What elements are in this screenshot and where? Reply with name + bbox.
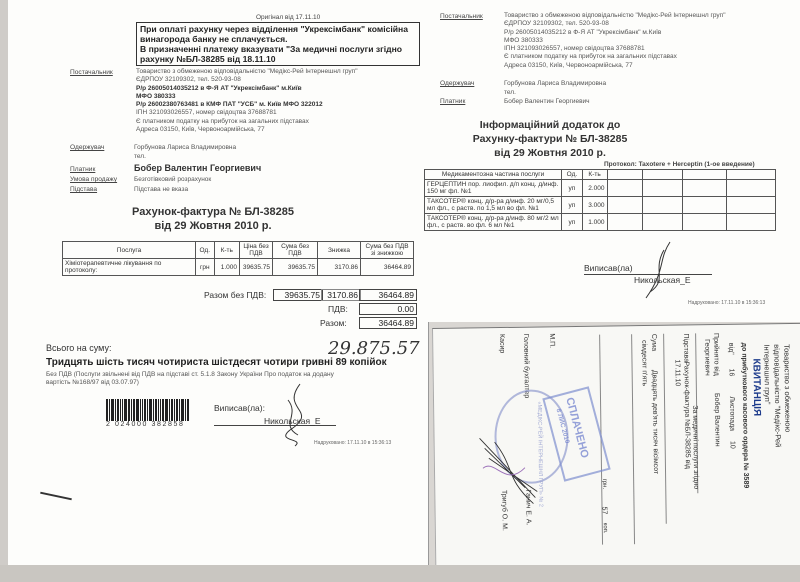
receipt-sheet: Товариство з обмеженою відповідальністю … <box>432 323 800 571</box>
cashier-label: Касир <box>498 334 505 353</box>
basis-label: Підстава <box>70 186 97 193</box>
recipient-label: Одержувач <box>70 144 104 151</box>
paid-stamp-text: СПЛАЧЕНО <box>563 396 591 459</box>
payer-label: Платник <box>70 166 95 173</box>
supplier-account-1: Р/р 26005014035212 в Ф-Я АТ "Укрексімбан… <box>136 85 426 93</box>
terms-label: Умова продажу <box>70 176 117 183</box>
cell-empty <box>607 214 643 231</box>
scan-left-edge <box>0 0 8 582</box>
supplier-details: Товариство з обмеженою відповідальністю … <box>136 68 426 134</box>
notice-line-4: рахунку №БЛ-38285 від 18.11.10 <box>140 54 416 64</box>
col-sum: Сума без ПДВ <box>273 242 318 259</box>
cell-medication: ТАКСОТЕР® конц. д/р-ра д/инф. 20 мг/0,5 … <box>425 197 562 214</box>
pen-mark <box>40 492 72 501</box>
sum-words-1: Двадцять дев'ять тисяч вісімсот <box>651 370 659 474</box>
appendix-supplier-edrpou: ЄДРПОУ 32109302, тел. 520-93-08 <box>504 20 794 28</box>
barcode-bars <box>106 399 190 421</box>
vat-value: 0.00 <box>359 303 417 315</box>
appendix-title-line-3: від 29 Жовтня 2010 р. <box>450 146 650 160</box>
appendix-title-line-1: Інформаційний додаток до <box>450 118 650 132</box>
signature-scribble <box>270 380 320 450</box>
issued-label: Виписав(ла): <box>214 403 265 413</box>
col-unit: Од. <box>562 170 583 180</box>
payment-notice: При оплаті рахунку через відділення "Укр… <box>136 22 420 66</box>
col-qty: К-ть <box>214 242 239 259</box>
notice-line-1: При оплаті рахунку через відділення "Укр… <box>140 24 416 34</box>
col-service: Послуга <box>63 242 196 259</box>
cell-unit: уп <box>562 180 583 197</box>
appendix-supplier-address: Адреса 03150, Київ, Червоноармійська, 77 <box>504 62 794 70</box>
received-from-1: Бобер Валентин <box>713 393 721 447</box>
receipt-divider <box>663 334 667 524</box>
date-month: Листопада <box>728 396 735 431</box>
col-empty-4 <box>727 170 776 180</box>
cell-qty: 1.000 <box>214 259 239 276</box>
col-price: Ціна без ПДВ <box>240 242 273 259</box>
supplier-name: Товариство з обмеженою відповідальністю … <box>136 68 426 76</box>
table-row: ТАКСОТЕР® конц. д/р-ра д/инф. 20 мг/0,5 … <box>425 197 776 214</box>
col-sum-discounted: Сума без ПДВ зі знижкою <box>361 242 414 259</box>
appendix-supplier-label: Постачальник <box>440 13 483 20</box>
sum-words-2: сімдесят п'ять <box>640 340 648 386</box>
barcode: 2 024000 382858 <box>106 399 190 428</box>
payer-name: Бобер Валентин Георгиевич <box>134 163 261 173</box>
subtotal-label: Разом без ПДВ: <box>204 290 266 300</box>
cell-medication: ТАКСОТЕР® конц. д/р-ра д/инф. 80 мг/2 мл… <box>425 214 562 231</box>
cell-empty <box>643 180 683 197</box>
invoice-date: від 29 Жовтня 2010 р. <box>98 219 328 233</box>
appendix-recipient-label: Одержувач <box>440 80 474 87</box>
appendix-payer-label: Платник <box>440 98 465 105</box>
notice-line-3: В призначенні платежу вказувати "За меди… <box>140 44 416 54</box>
invoice-sheet: Оригінал від 17.11.10 При оплаті рахунку… <box>8 0 428 572</box>
supplier-ipn: ІПН 321093026557, номер свідоцтва 376887… <box>136 109 426 117</box>
basis-line-2: Рахунок-фактура №БЛ-38285 від <box>682 361 691 469</box>
recipient-name: Горбунова Лариса Владимировна <box>134 144 236 152</box>
receipt-company-3: Інтернешнл груп" <box>762 344 772 404</box>
cell-sum: 39635.75 <box>273 259 318 276</box>
cell-qty: 2.000 <box>582 180 607 197</box>
total-label: Разом: <box>320 318 347 328</box>
col-empty-2 <box>643 170 683 180</box>
cell-unit: грн <box>196 259 215 276</box>
vat-note: Без ПДВ (Послуги звільнені від ПДВ на пі… <box>46 371 386 388</box>
subtotal-discount: 3170.86 <box>321 289 361 301</box>
terms-value: Безготівковий розрахунок <box>134 176 211 184</box>
table-row: Хіміотерапевтичне лікування по протоколу… <box>63 259 414 276</box>
cell-empty <box>643 214 683 231</box>
basis-label: Підстава <box>682 333 689 362</box>
receipt-company-2: відповідальністю "Медікс-Рей <box>772 344 782 447</box>
receipt-signatures <box>474 427 545 508</box>
supplier-address: Адреса 03150, Київ, Червоноармійська, 77 <box>136 126 426 134</box>
stamp-place-label: М.П. <box>548 333 555 348</box>
appendix-supplier-details: Товариство з обмеженою відповідальністю … <box>504 12 794 70</box>
appendix-table-header: Медикаментозна частина послуги Од. К-ть <box>425 170 776 180</box>
accountant-label: Головний бухгалтер <box>522 334 530 399</box>
cell-empty <box>607 180 643 197</box>
vat-note-line-2: вартість №168/97 від 03.07.97) <box>46 379 386 387</box>
appendix-supplier-account: Р/р 26005014035212 в Ф-Я АТ "Укрексімбан… <box>504 29 794 37</box>
cell-discount: 3170.86 <box>318 259 361 276</box>
cell-qty: 3.000 <box>582 197 607 214</box>
supplier-tax-status: Є платником податку на прибуток на загал… <box>136 118 426 126</box>
invoice-number: Рахунок-фактура № БЛ-38285 <box>98 205 328 219</box>
cell-price: 39635.75 <box>240 259 273 276</box>
appendix-supplier-name: Товариство з обмеженою відповідальністю … <box>504 12 794 20</box>
received-from-2: Георгиевич <box>703 339 711 376</box>
basis-value: Підстава не вказа <box>134 186 188 194</box>
cell-unit: уп <box>562 214 583 231</box>
sum-in-words: Тридцять шість тисяч чотириста шістдесят… <box>46 357 387 368</box>
col-medication: Медикаментозна частина послуги <box>425 170 562 180</box>
cell-unit: уп <box>562 197 583 214</box>
supplier-edrpou: ЄДРПОУ 32109302, тел. 520-93-08 <box>136 76 426 84</box>
notice-line-2: винагорода банку не сплачується. <box>140 34 416 44</box>
appendix-title-line-2: Рахунку-фактури № БЛ-38285 <box>450 132 650 146</box>
invoice-table-header: Послуга Од. К-ть Ціна без ПДВ Сума без П… <box>63 242 414 259</box>
total-value: 36464.89 <box>359 317 417 329</box>
receipt-date: від" 16 Листопада 10 <box>727 343 735 449</box>
cell-empty <box>683 197 727 214</box>
invoice-title: Рахунок-фактура № БЛ-38285 від 29 Жовтня… <box>98 205 328 233</box>
recipient-tel: тел. <box>134 153 146 161</box>
appendix-recipient-tel: тел. <box>504 89 516 97</box>
receipt-order-line: до прибуткового касового ордера № 3589 <box>740 343 749 489</box>
date-prefix: від" <box>727 343 734 355</box>
col-discount: Знижка <box>318 242 361 259</box>
appendix-printed-timestamp: Надруковано: 17.11.10 в 15:36:13 <box>688 300 765 306</box>
col-qty: К-ть <box>582 170 607 180</box>
barcode-number: 2 024000 382858 <box>106 421 190 428</box>
col-unit: Од. <box>196 242 215 259</box>
appendix-sheet: Постачальник Товариство з обмеженою відп… <box>420 0 800 322</box>
supplier-mfo: МФО 380333 <box>136 93 426 101</box>
cell-empty <box>607 197 643 214</box>
basis-line-3: 17.11.10 <box>673 360 680 387</box>
appendix-title: Інформаційний додаток до Рахунку-фактури… <box>450 118 650 160</box>
invoice-table: Послуга Од. К-ть Ціна без ПДВ Сума без П… <box>62 241 414 276</box>
supplier-label: Постачальник <box>70 69 113 76</box>
cell-empty <box>683 180 727 197</box>
cell-empty <box>683 214 727 231</box>
appendix-issued-label: Виписав(ла) <box>584 263 633 273</box>
printed-timestamp: Надруковано: 17.11.10 в 15:36:13 <box>314 440 391 446</box>
col-empty-1 <box>607 170 643 180</box>
cell-empty <box>727 180 776 197</box>
appendix-signature-scribble <box>638 240 678 300</box>
cell-service: Хіміотерапевтичне лікування по протоколу… <box>63 259 196 276</box>
table-row: ТАКСОТЕР® конц. д/р-ра д/инф. 80 мг/2 мл… <box>425 214 776 231</box>
subtotal-total: 36464.89 <box>359 289 417 301</box>
handwritten-sum: 29.875.57 <box>328 338 420 359</box>
cell-empty <box>727 197 776 214</box>
appendix-recipient: Горбунова Лариса Владимировна <box>504 80 606 88</box>
receipt-divider <box>631 334 635 544</box>
cell-empty <box>727 214 776 231</box>
date-year: 10 <box>729 441 736 449</box>
sum-label: Всього на суму: <box>46 343 111 353</box>
cell-qty: 1.000 <box>582 214 607 231</box>
protocol-line: Протокол: Taxotere + Herceptin (1-ое вве… <box>604 161 755 168</box>
appendix-table: Медикаментозна частина послуги Од. К-ть … <box>424 169 776 231</box>
appendix-payer: Бобер Валентин Георгиевич <box>504 98 590 106</box>
vat-label: ПДВ: <box>328 304 348 314</box>
date-day: 16 <box>728 369 735 377</box>
receipt-title: КВИТАНЦІЯ <box>750 358 762 416</box>
received-label: Прийнято від <box>712 333 720 376</box>
receipt-company-1: Товариство з обмеженою <box>782 344 792 432</box>
cell-medication: ГЕРЦЕПТИН пор. лиофил. д/п конц. д/инф. … <box>425 180 562 197</box>
appendix-supplier-mfo: МФО 380333 <box>504 37 794 45</box>
table-row: ГЕРЦЕПТИН пор. лиофил. д/п конц. д/инф. … <box>425 180 776 197</box>
col-empty-3 <box>683 170 727 180</box>
sum-label: Сума <box>650 334 657 351</box>
appendix-supplier-tax-status: Є платником податку на прибуток на загал… <box>504 53 794 61</box>
cell-sum-discounted: 36464.89 <box>361 259 414 276</box>
scan-bottom-edge <box>0 565 800 582</box>
subtotal-amount: 39635.75 <box>273 289 323 301</box>
cell-empty <box>643 197 683 214</box>
basis-line-1: За медичні послуги згідно <box>691 405 699 489</box>
